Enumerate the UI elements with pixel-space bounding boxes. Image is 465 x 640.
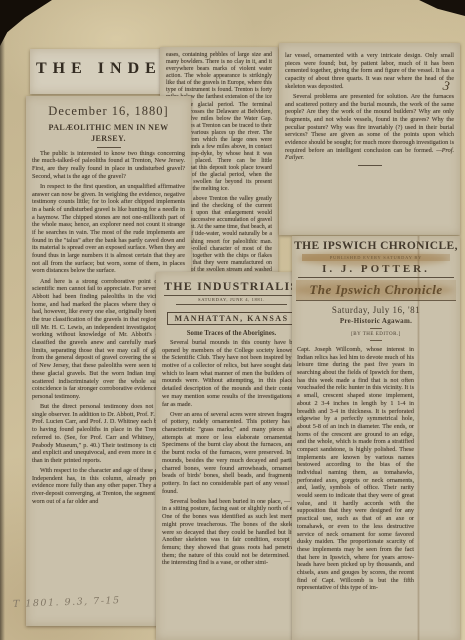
ipswich-headline: Pre-Historic Agawam. <box>292 317 460 325</box>
ipswich-publisher: I. J. POTTER. <box>298 263 454 278</box>
article-paragraph: Over an area of several acres were strew… <box>162 411 301 496</box>
article-paragraph: Capt. Joseph Willcomb, whose interest in… <box>297 346 414 592</box>
ipswich-byline: [BY THE EDITOR.] <box>292 332 460 337</box>
industrialist-headline: Some Traces of the Aborigines. <box>162 330 301 337</box>
article-date: December 16, 1880] <box>32 104 185 119</box>
divider-dash <box>370 340 382 341</box>
article-paragraph: The public is interested to know two thi… <box>32 150 185 181</box>
headline-rule <box>97 147 121 148</box>
article-paragraph: lar vessel, ornamented with a very intri… <box>285 52 454 90</box>
scrapbook-photo: THE INDEPENDENT. eases, containing pebbl… <box>0 0 465 640</box>
clipping-fold-crease <box>417 236 420 640</box>
industrialist-clipping: THE INDUSTRIALIST. SATURDAY, JUNE 4, 188… <box>156 272 307 640</box>
industrialist-dateline: SATURDAY, JUNE 4, 1881. <box>176 297 287 305</box>
article-paragraph-text: Several problems are presented for solut… <box>285 93 454 154</box>
article-paragraph: Several burial mounds in this county hav… <box>162 339 301 408</box>
article-headline-line1: PALÆOLITHIC MEN IN NEW <box>32 123 185 134</box>
photo-left-edge <box>0 0 5 640</box>
ipswich-clipping: THE IPSWICH CHRONICLE, PUBLISHED EVERY S… <box>292 236 460 640</box>
industrialist-masthead: THE INDUSTRIALIST. <box>164 279 299 296</box>
ipswich-published-line: PUBLISHED EVERY SATURDAY BY <box>302 254 450 261</box>
photo-top-edge <box>0 0 465 9</box>
ipswich-dateline: Saturday, July 16, '81 <box>292 305 460 315</box>
ipswich-masthead: THE IPSWICH CHRONICLE, <box>292 236 460 252</box>
divider-dash <box>370 328 382 329</box>
signature-rule <box>358 165 382 166</box>
ipswich-nameplate: The Ipswich Chronicle <box>296 280 456 301</box>
industrialist-continuation-clipping: lar vessel, ornamented with a very intri… <box>279 43 460 235</box>
article-paragraph: Several problems are presented for solut… <box>285 93 454 162</box>
article-headline-line2: JERSEY. <box>32 134 185 145</box>
article-paragraph: Several bodies had been buried in one pl… <box>162 498 301 567</box>
industrialist-place-box: MANHATTAN, KANSAS <box>167 312 295 325</box>
article-paragraph: In respect to the first question, an unq… <box>32 183 185 275</box>
